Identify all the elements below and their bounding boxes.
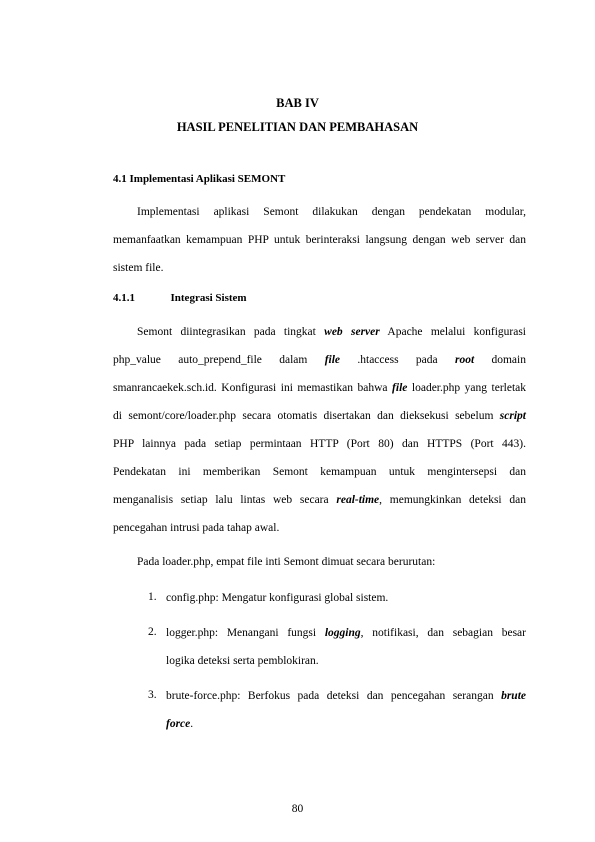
chapter-label: BAB IV <box>0 96 595 111</box>
subsection-heading: 4.1.1 Integrasi Sistem <box>113 292 247 304</box>
list-text: logger.php: Menangani fungsi logging, no… <box>166 626 526 640</box>
paragraph-line: php_value auto_prepend_file dalam file .… <box>113 353 526 367</box>
page-number: 80 <box>0 803 595 815</box>
paragraph-line: Semont diintegrasikan pada tingkat web s… <box>137 325 526 339</box>
paragraph-line: smanrancaekek.sch.id. Konfigurasi ini me… <box>113 381 526 395</box>
paragraph-line: Implementasi aplikasi Semont dilakukan d… <box>137 205 526 219</box>
paragraph-line: PHP lainnya pada setiap permintaan HTTP … <box>113 437 526 451</box>
list-number: 3. <box>148 689 157 701</box>
list-intro: Pada loader.php, empat file inti Semont … <box>137 555 526 569</box>
paragraph-line: sistem file. <box>113 261 526 275</box>
section-heading: 4.1 Implementasi Aplikasi SEMONT <box>113 173 285 185</box>
paragraph-line: Pendekatan ini memberikan Semont kemampu… <box>113 465 526 479</box>
paragraph-line: memanfaatkan kemampuan PHP untuk berinte… <box>113 233 526 247</box>
subsection-title: Integrasi Sistem <box>171 292 247 304</box>
paragraph-line: di semont/core/loader.php secara otomati… <box>113 409 526 423</box>
paragraph-line: pencegahan intrusi pada tahap awal. <box>113 521 526 535</box>
list-number: 2. <box>148 626 157 638</box>
subsection-number: 4.1.1 <box>113 292 135 304</box>
list-text: logika deteksi serta pemblokiran. <box>166 654 526 668</box>
list-number: 1. <box>148 591 157 603</box>
list-text: force. <box>166 717 526 731</box>
chapter-title: HASIL PENELITIAN DAN PEMBAHASAN <box>0 120 595 135</box>
paragraph-line: menganalisis setiap lalu lintas web seca… <box>113 493 526 507</box>
list-text: brute-force.php: Berfokus pada deteksi d… <box>166 689 526 703</box>
list-text: config.php: Mengatur konfigurasi global … <box>166 591 526 605</box>
